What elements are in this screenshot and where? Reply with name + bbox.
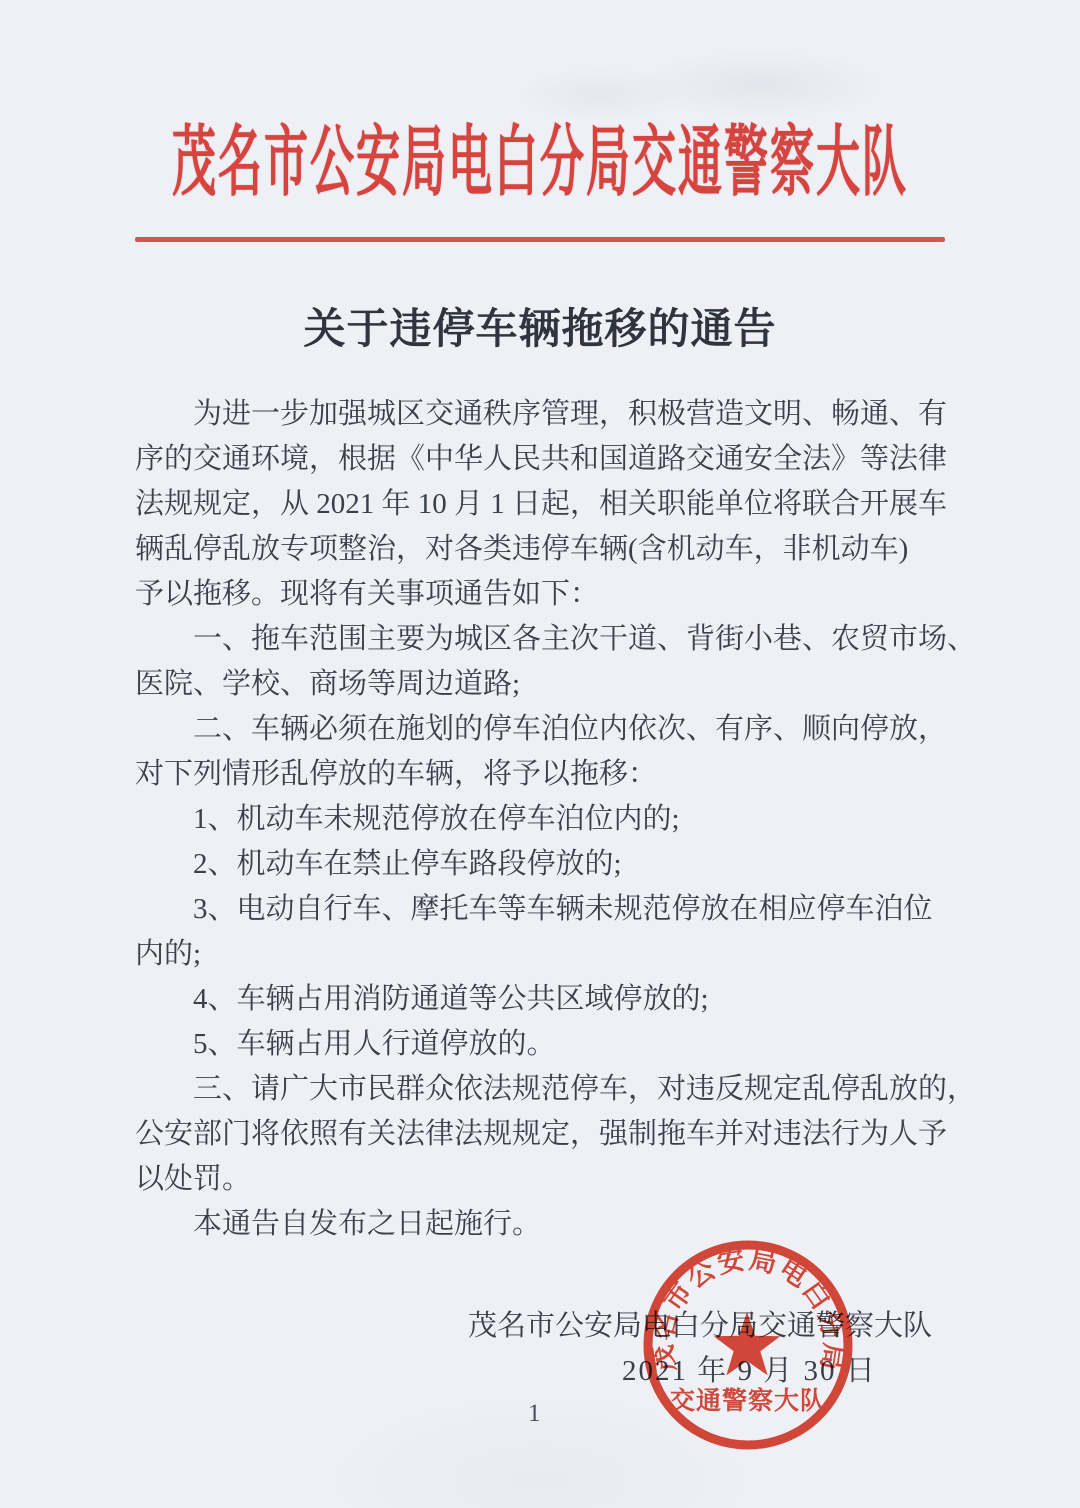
body-line: 3、电动自行车、摩托车等车辆未规范停放在相应停车泊位 — [135, 887, 955, 932]
body-line: 序的交通环境，根据《中华人民共和国道路交通安全法》等法律 — [135, 437, 955, 482]
agency-letterhead: 茂名市公安局电白分局交通警察大队 — [0, 116, 1080, 194]
body-line: 对下列情形乱停放的车辆，将予以拖移： — [135, 752, 955, 797]
body-line: 为进一步加强城区交通秩序管理，积极营造文明、畅通、有 — [135, 392, 955, 437]
body-line: 1、机动车未规范停放在停车泊位内的; — [135, 797, 955, 842]
notice-title: 关于违停车辆拖移的通告 — [0, 296, 1080, 356]
notice-body: 为进一步加强城区交通秩序管理，积极营造文明、畅通、有 序的交通环境，根据《中华人… — [135, 392, 955, 1247]
body-line: 予以拖移。现将有关事项通告如下： — [135, 572, 955, 617]
body-line: 辆乱停乱放专项整治，对各类违停车辆(含机动车，非机动车) — [135, 527, 955, 572]
body-line: 法规规定，从 2021 年 10 月 1 日起，相关职能单位将联合开展车 — [135, 482, 955, 527]
body-line: 内的; — [135, 932, 955, 977]
body-line: 一、拖车范围主要为城区各主次干道、背街小巷、农贸市场、 — [135, 617, 955, 662]
agency-name: 茂名市公安局电白分局交通警察大队 — [172, 99, 908, 211]
body-line: 二、车辆必须在施划的停车泊位内依次、有序、顺向停放， — [135, 707, 955, 752]
body-line: 以处罚。 — [135, 1157, 955, 1202]
seal-bottom-text: 交通警察大队 — [670, 1386, 826, 1415]
scanned-notice-page: 茂名市公安局电白分局交通警察大队 关于违停车辆拖移的通告 为进一步加强城区交通秩… — [0, 0, 1080, 1508]
body-line: 2、机动车在禁止停车路段停放的; — [135, 842, 955, 887]
body-line: 三、请广大市民群众依法规范停车，对违反规定乱停乱放的， — [135, 1067, 955, 1112]
body-line: 4、车辆占用消防通道等公共区域停放的; — [135, 977, 955, 1022]
star-icon — [714, 1312, 781, 1375]
body-line: 医院、学校、商场等周边道路; — [135, 662, 955, 707]
letterhead-divider — [135, 237, 945, 242]
body-line: 5、车辆占用人行道停放的。 — [135, 1022, 955, 1067]
page-number: 1 — [528, 1400, 541, 1428]
body-line: 公安部门将依照有关法律法规规定，强制拖车并对违法行为人予 — [135, 1112, 955, 1157]
official-seal-stamp: 茂名市公安局电白分局 交通警察大队 — [638, 1235, 858, 1455]
